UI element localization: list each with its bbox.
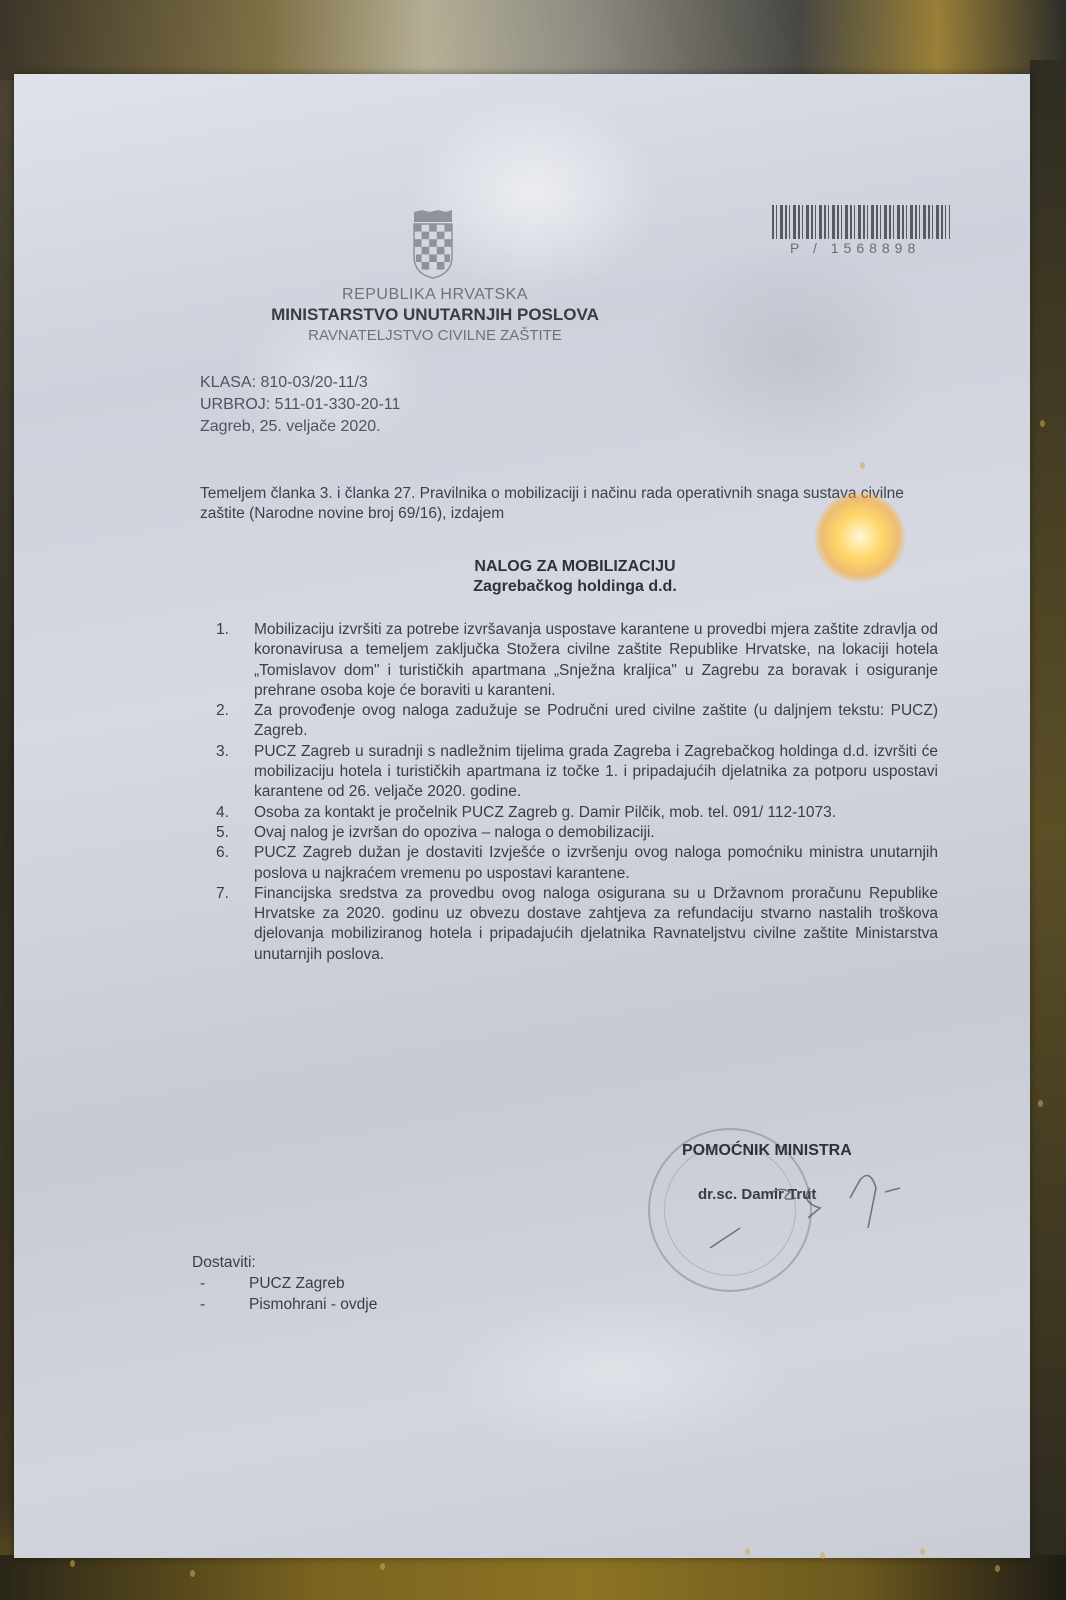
document-title: NALOG ZA MOBILIZACIJU: [330, 558, 820, 576]
handwritten-signature-icon: [700, 1158, 920, 1248]
letterhead: REPUBLIKA HRVATSKA MINISTARSTVO UNUTARNJ…: [200, 286, 670, 344]
delivery-label: Dostaviti:: [192, 1252, 377, 1273]
list-item: -Pismohrani - ovdje: [192, 1294, 377, 1315]
order-items-list: 1.Mobilizaciju izvršiti za potrebe izvrš…: [216, 620, 938, 965]
letterhead-ministry: MINISTARSTVO UNUTARNJIH POSLOVA: [200, 305, 670, 325]
document-subtitle: Zagrebačkog holdinga d.d.: [330, 578, 820, 596]
list-item: 2.Za provođenje ovog naloga zadužuje se …: [216, 701, 938, 742]
list-item: -PUCZ Zagreb: [192, 1273, 377, 1294]
list-item: 6.PUCZ Zagreb dužan je dostaviti Izvješć…: [216, 843, 938, 884]
delivery-block: Dostaviti: -PUCZ Zagreb -Pismohrani - ov…: [192, 1252, 377, 1315]
list-item: 1.Mobilizaciju izvršiti za potrebe izvrš…: [216, 620, 938, 701]
klasa-line: KLASA: 810-03/20-11/3: [200, 372, 400, 394]
document-content: P / 1568898 REPUBLIKA HRVATSKA MINISTARS…: [0, 0, 1066, 1600]
reference-block: KLASA: 810-03/20-11/3 URBROJ: 511-01-330…: [200, 372, 400, 438]
barcode: [772, 205, 950, 239]
urbroj-line: URBROJ: 511-01-330-20-11: [200, 394, 400, 416]
place-date-line: Zagreb, 25. veljače 2020.: [200, 416, 400, 438]
croatian-coat-of-arms-icon: [408, 210, 458, 280]
letterhead-republic: REPUBLIKA HRVATSKA: [200, 286, 670, 304]
list-item: 7.Financijska sredstva za provedbu ovog …: [216, 884, 938, 965]
barcode-number: P / 1568898: [790, 240, 950, 256]
document-title-block: NALOG ZA MOBILIZACIJU Zagrebačkog holdin…: [330, 558, 820, 596]
letterhead-directorate: RAVNATELJSTVO CIVILNE ZAŠTITE: [200, 327, 670, 344]
list-item: 3.PUCZ Zagreb u suradnji s nadležnim tij…: [216, 742, 938, 803]
signature-block: POMOĆNIK MINISTRA dr.sc. Damir Trut: [640, 1118, 930, 1288]
recipients-list: -PUCZ Zagreb -Pismohrani - ovdje: [192, 1273, 377, 1315]
light-reflection: [815, 492, 905, 582]
list-item: 5.Ovaj nalog je izvršan do opoziva – nal…: [216, 823, 938, 843]
list-item: 4.Osoba za kontakt je pročelnik PUCZ Zag…: [216, 803, 938, 823]
